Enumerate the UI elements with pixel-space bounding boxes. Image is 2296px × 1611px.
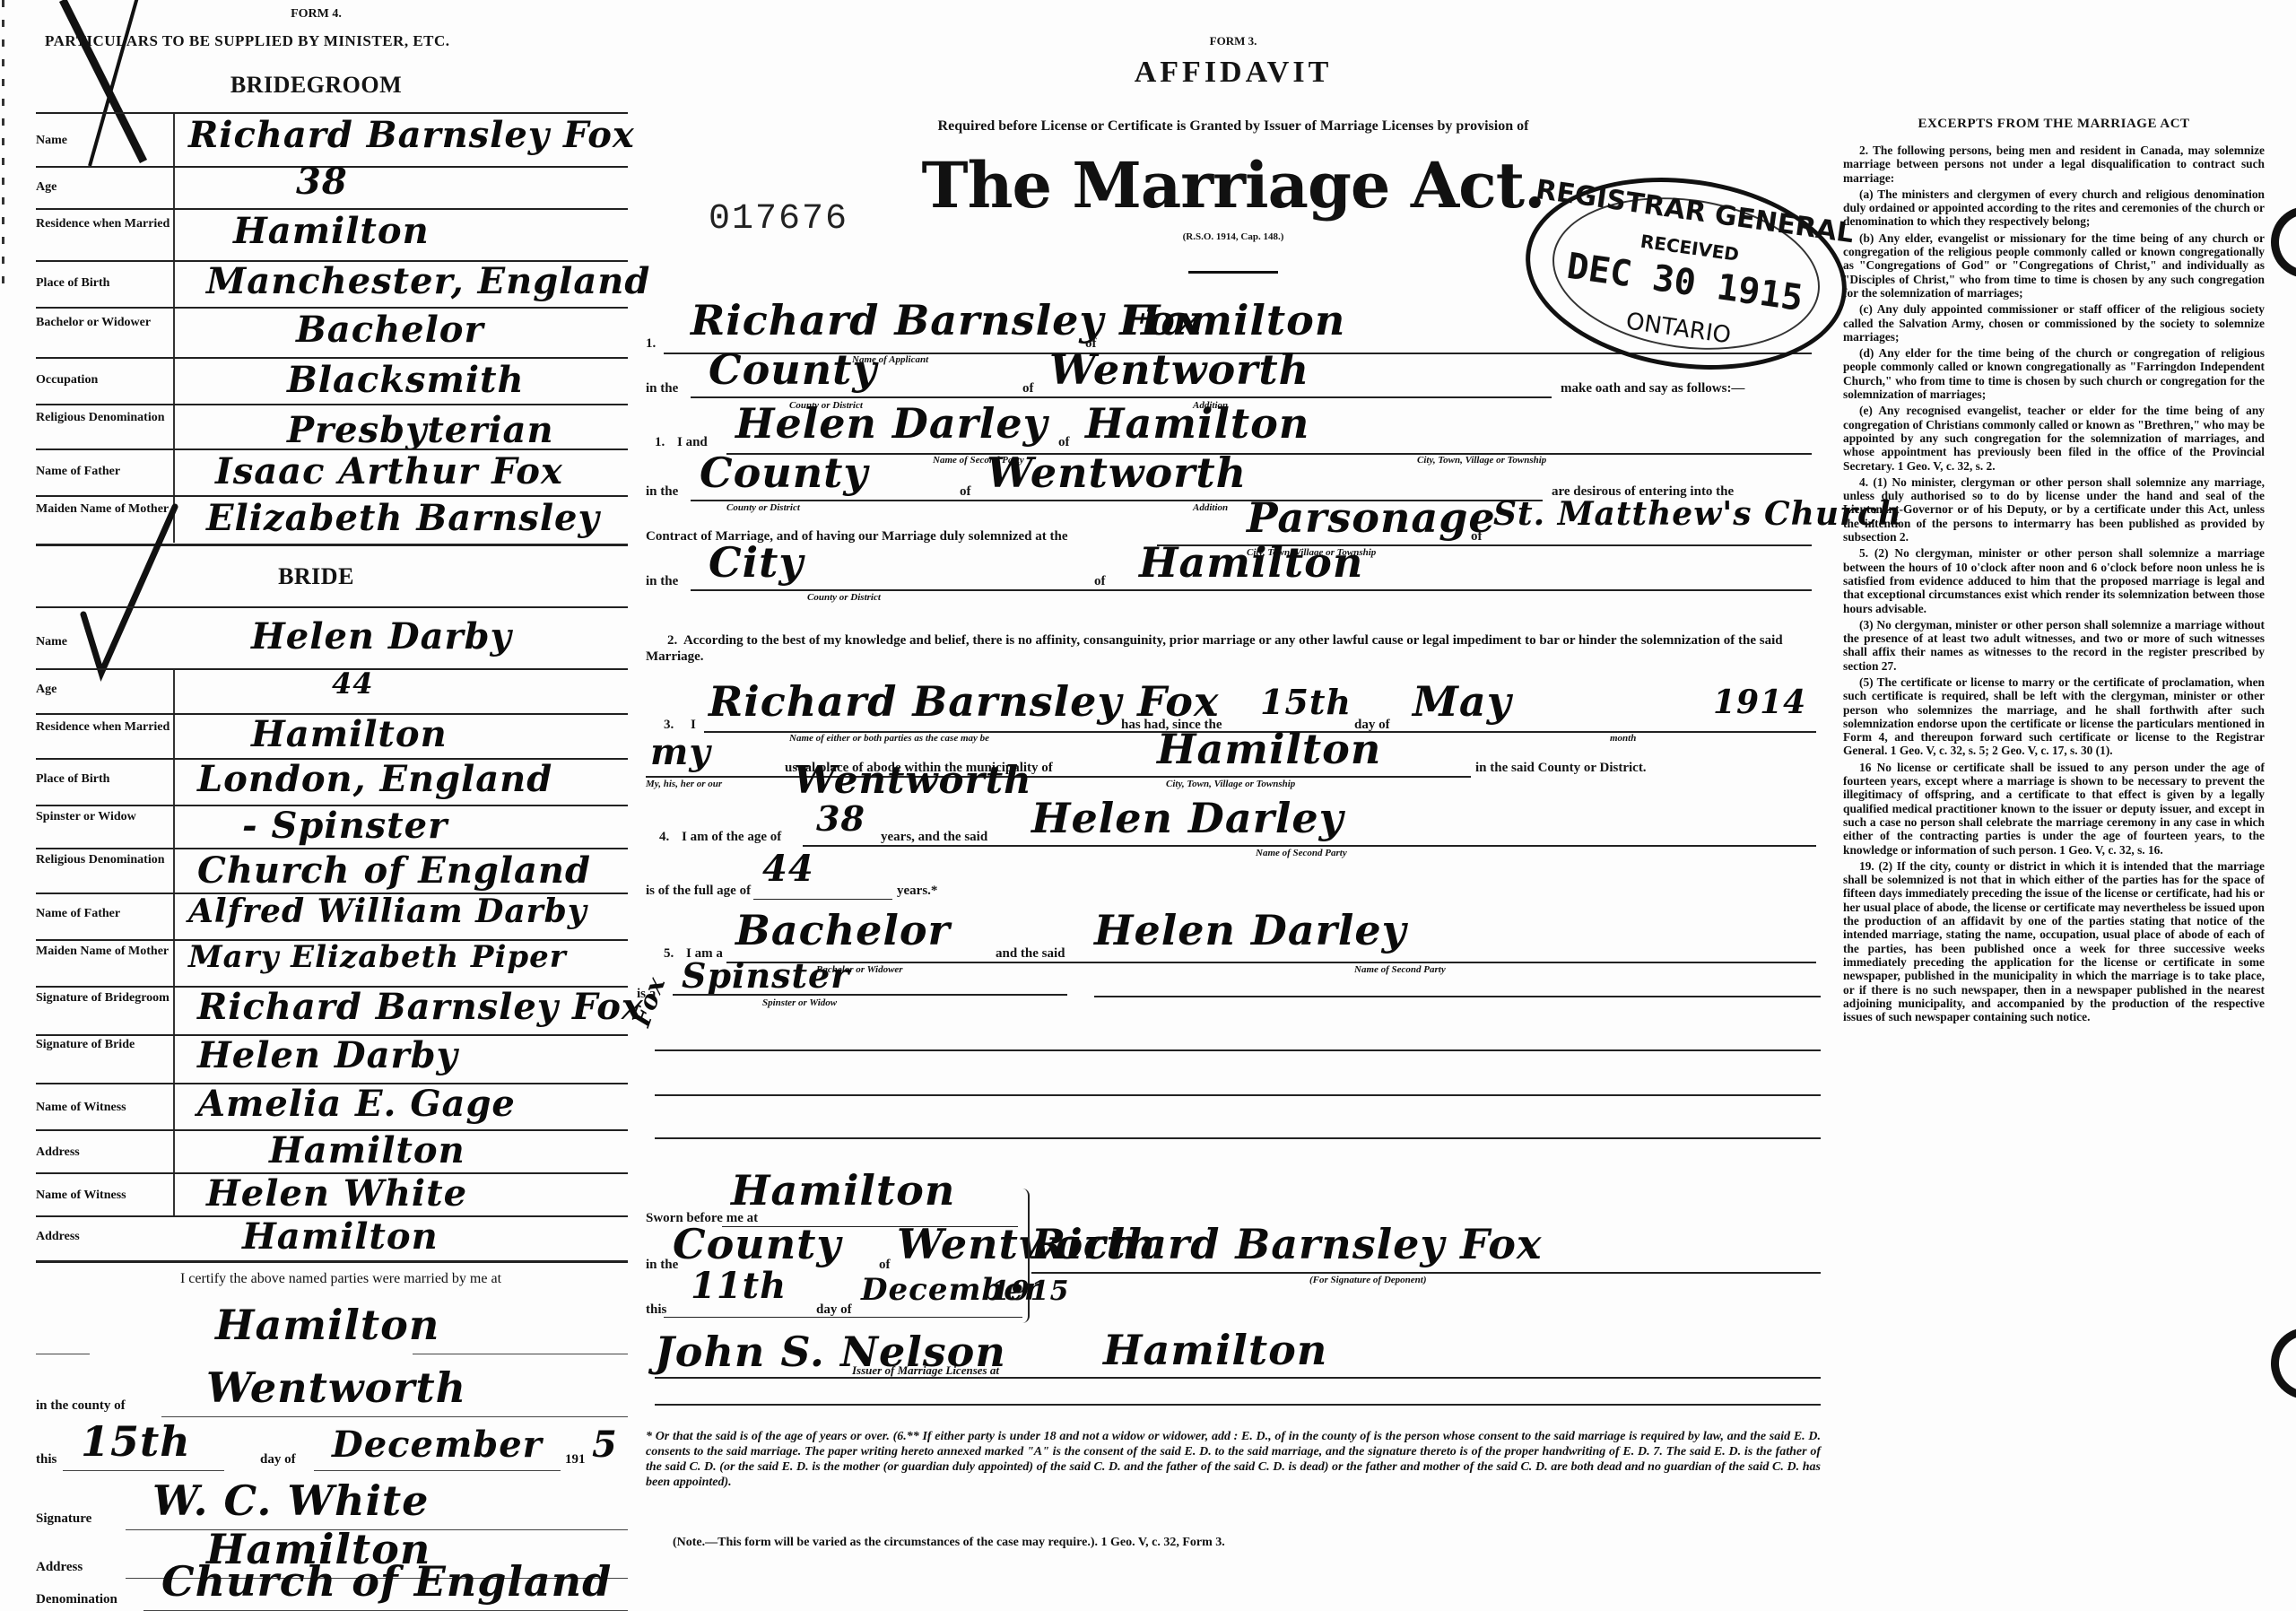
cert-place-row: Hamilton [36, 1292, 628, 1354]
field-label: Address [36, 1145, 170, 1160]
second-party-place: Hamilton [1085, 399, 1309, 448]
bride-religion-value: Church of England [197, 849, 591, 892]
bride-status-row: Spinster or Widow - Spinster [36, 805, 628, 848]
cert-county-value: Wentworth [206, 1363, 466, 1412]
field-label: Age [36, 683, 170, 697]
bride-signature-value: Helen Darby [197, 1034, 458, 1076]
groom-occupation-value: Blacksmith [287, 359, 525, 401]
issuer-place: Hamilton [1103, 1326, 1327, 1374]
field-label: Religious Denomination [36, 853, 170, 867]
field-label: Name of Father [36, 907, 170, 921]
field-label: Name [36, 134, 170, 148]
bride-heading: BRIDE [0, 563, 632, 590]
bride-birthplace-value: London, England [197, 758, 552, 800]
caption: Name of Second Party [1354, 964, 1446, 975]
field-label: Signature of Bridegroom [36, 991, 170, 1006]
caption: Spinster or Widow [762, 997, 837, 1008]
this-label: this [646, 1302, 666, 1318]
footnote: * Or that the said is of the age of year… [646, 1429, 1821, 1490]
para5-status2: Spinster [682, 955, 849, 996]
excerpts-body: 2. The following persons, being men and … [1843, 144, 2265, 1026]
caption: (For Signature of Deponent) [1309, 1275, 1427, 1285]
minister-denomination: Church of England [161, 1557, 612, 1606]
day-of-label: day of [816, 1302, 852, 1318]
field-label: Spinster or Widow [36, 810, 170, 824]
sworn-day: 11th [691, 1265, 787, 1307]
para3-year: 1914 [1713, 684, 1806, 721]
para3-month: May [1413, 677, 1511, 726]
of-label: of [879, 1258, 891, 1273]
witness1-name-row: Name of Witness Amelia E. Gage [36, 1083, 628, 1129]
witness1-address-value: Hamilton [269, 1129, 465, 1171]
excerpt-paragraph: (5) The certificate or license to marry … [1843, 675, 2265, 758]
cert-year-suffix: 5 [592, 1424, 618, 1466]
said-county-text: in the said County or District. [1475, 761, 1647, 776]
groom-status-value: Bachelor [296, 309, 484, 351]
groom-name-value: Richard Barnsley Fox [188, 114, 635, 156]
this-label: this [36, 1452, 57, 1467]
age-text: I am of the age of [682, 830, 781, 845]
field-label: Name of Father [36, 465, 170, 479]
applicant-place: Hamilton [1121, 296, 1345, 344]
bride-age-value: 44 [332, 666, 374, 701]
form-note: (Note.—This form will be varied as the c… [673, 1536, 1225, 1550]
years-text: years.* [897, 884, 937, 899]
bride-residence-row: Residence when Married Hamilton [36, 713, 628, 758]
of-label: of [1471, 529, 1483, 544]
field-label: Name [36, 635, 170, 649]
denomination-label: Denomination [36, 1592, 117, 1607]
year-prefix: 191 [565, 1452, 586, 1467]
form3-number: FORM 3. [637, 34, 1830, 48]
para3-municipality: Hamilton [1157, 725, 1381, 773]
groom-birthplace-value: Manchester, England [206, 260, 650, 302]
field-label: Bachelor or Widower [36, 316, 170, 330]
witness1-address-row: Address Hamilton [36, 1129, 628, 1172]
excerpts-marriage-act: EXCERPTS FROM THE MARRIAGE ACT 2. The fo… [1834, 0, 2274, 1611]
groom-birthplace-row: Place of Birth Manchester, England [36, 260, 628, 305]
day-of-label: day of [260, 1452, 296, 1467]
bride-religion-row: Religious Denomination Church of England [36, 848, 628, 893]
sworn-year: 1915 [991, 1276, 1070, 1307]
field-label: Address [36, 1230, 170, 1244]
deponent-signature: Richard Barnsley Fox [1031, 1220, 1542, 1268]
witness2-address-row: Address Hamilton [36, 1215, 628, 1257]
para-2-text: 2. According to the best of my knowledge… [646, 632, 1821, 665]
witness1-name-value: Amelia E. Gage [197, 1083, 516, 1125]
field-label: Signature of Bride [36, 1038, 170, 1052]
field-label: Residence when Married [36, 217, 170, 231]
caption: County or District [807, 592, 881, 603]
bride-mother-row: Maiden Name of Mother Mary Elizabeth Pip… [36, 939, 628, 986]
witness2-address-value: Hamilton [242, 1215, 439, 1258]
field-label: Name of Witness [36, 1101, 170, 1115]
field-label: Occupation [36, 373, 170, 388]
para3-county: Wentworth [794, 758, 1032, 802]
caption: Name of Second Party [1256, 848, 1347, 858]
oath-text: make oath and say as follows:— [1561, 381, 1744, 396]
groom-occupation-row: Occupation Blacksmith [36, 357, 628, 402]
of-label: of [960, 484, 971, 500]
form4-particulars: FORM 4. PARTICULARS TO BE SUPPLIED BY MI… [0, 0, 632, 1611]
form4-number: FORM 4. [0, 7, 632, 22]
excerpt-paragraph: (b) Any elder, evangelist or missionary … [1843, 231, 2265, 300]
in-the-label: in the [646, 574, 678, 589]
title-rule [1188, 271, 1278, 274]
para-number: 5. [664, 946, 674, 962]
excerpt-paragraph: 16 No license or certificate shall be is… [1843, 761, 2265, 857]
city-name-value: Hamilton [1139, 538, 1363, 587]
affidavit-title: AFFIDAVIT [637, 56, 1830, 90]
excerpt-paragraph: (3) No clergyman, minister or other pers… [1843, 618, 2265, 673]
bride-name-row: Name Helen Darby [36, 606, 628, 666]
of-label: of [1022, 381, 1034, 396]
excerpts-heading: EXCERPTS FROM THE MARRIAGE ACT [1834, 117, 2274, 132]
para-number: 1. [655, 435, 665, 450]
in-the-label: in the [646, 381, 678, 396]
affidavit-required-text: Required before License or Certificate i… [637, 118, 1830, 135]
field-label: Age [36, 180, 170, 195]
groom-signature-row: Signature of Bridegroom Richard Barnsley… [36, 986, 628, 1034]
sworn-county: County [673, 1220, 841, 1268]
field-label: Name of Witness [36, 1189, 170, 1203]
groom-mother-value: Elizabeth Barnsley [206, 497, 600, 539]
field-label: Residence when Married [36, 720, 170, 735]
groom-residence-row: Residence when Married Hamilton [36, 208, 628, 257]
city-value: City [709, 538, 804, 587]
bride-father-value: Alfred William Darby [188, 893, 587, 930]
bride-mother-value: Mary Elizabeth Piper [188, 939, 567, 975]
sworn-place: Hamilton [731, 1166, 955, 1215]
para3-day: 15th [1260, 682, 1352, 722]
cert-date-row: this 15th day of December 191 5 [36, 1408, 628, 1471]
caption: month [1610, 733, 1636, 744]
para5-second-party: Helen Darley [1094, 906, 1406, 954]
groom-father-value: Isaac Arthur Fox [215, 450, 563, 492]
excerpt-paragraph: 2. The following persons, being men and … [1843, 144, 2265, 185]
excerpt-paragraph: 5. (2) No clergyman, minister or other p… [1843, 546, 2265, 614]
serial-number: 017676 [709, 199, 848, 239]
cert-place-value: Hamilton [215, 1301, 439, 1349]
issuer-label: Issuer of Marriage Licenses at [852, 1363, 999, 1378]
para4-age: 38 [816, 798, 865, 839]
bride-signature-row: Signature of Bride Helen Darby [36, 1034, 628, 1083]
excerpt-paragraph: (d) Any elder for the time being of the … [1843, 346, 2265, 401]
form4-subtitle: PARTICULARS TO BE SUPPLIED BY MINISTER, … [45, 32, 450, 50]
groom-name-row: Name Richard Barnsley Fox [36, 112, 628, 164]
caption: My, his, her or our [646, 779, 722, 789]
caption: Name of either or both parties as the ca… [789, 733, 989, 744]
bride-name-value: Helen Darby [251, 615, 512, 657]
excerpt-paragraph: 4. (1) No minister, clergyman or other p… [1843, 475, 2265, 544]
caption: County or District [726, 502, 800, 513]
witness2-name-value: Helen White [206, 1172, 467, 1215]
bride-father-row: Name of Father Alfred William Darby [36, 893, 628, 939]
groom-age-value: 38 [296, 161, 348, 203]
para5-status: Bachelor [735, 906, 951, 954]
divider [36, 1260, 628, 1263]
excerpt-paragraph: 19. (2) If the city, county or district … [1843, 859, 2265, 1024]
bridegroom-heading: BRIDEGROOM [0, 72, 632, 99]
groom-age-row: Age 38 [36, 166, 628, 206]
groom-signature-value: Richard Barnsley Fox [197, 986, 644, 1028]
second-county: County [700, 448, 868, 497]
groom-religion-value: Presbyterian [287, 409, 554, 451]
cert-denomination-row: Denomination Church of England [36, 1548, 628, 1611]
full-age-text: is of the full age of [646, 884, 751, 899]
bride-birthplace-row: Place of Birth London, England [36, 758, 628, 805]
punch-hole-mark [2271, 1328, 2296, 1399]
addition-value: Wentworth [1049, 345, 1309, 394]
groom-religion-row: Religious Denomination Presbyterian [36, 404, 628, 448]
in-the-label: in the [646, 484, 678, 500]
certification-text: I certify the above named parties were m… [54, 1271, 628, 1287]
para4-second-party: Helen Darley [1031, 794, 1344, 842]
punch-hole-mark [2271, 206, 2296, 278]
caption: Addition [1193, 502, 1228, 513]
caption: City, Town, Village or Township [1166, 779, 1295, 789]
bride-residence-value: Hamilton [251, 713, 448, 755]
field-label: Place of Birth [36, 276, 170, 291]
of-label: of [1094, 574, 1106, 589]
groom-father-row: Name of Father Isaac Arthur Fox [36, 448, 628, 495]
years-said-text: years, and the said [881, 830, 987, 845]
venue-value: Parsonage [1247, 493, 1496, 542]
bride-age-row: Age 44 [36, 668, 628, 713]
field-label: Place of Birth [36, 772, 170, 787]
and-said-text: and the said [996, 946, 1065, 962]
excerpt-paragraph: (c) Any duly appointed commissioner or s… [1843, 302, 2265, 344]
cert-month-value: December [332, 1424, 543, 1466]
para-number: 1. [646, 336, 656, 352]
cert-day-value: 15th [81, 1417, 191, 1466]
para4-second-age: 44 [762, 848, 814, 890]
second-party-name: Helen Darley [735, 399, 1048, 448]
witness2-name-row: Name of Witness Helen White [36, 1172, 628, 1215]
caption: City, Town, Village or Township [1417, 455, 1546, 466]
groom-residence-value: Hamilton [233, 210, 430, 252]
para-number: 4. [659, 830, 669, 845]
field-label: Religious Denomination [36, 411, 170, 425]
para3-my: my [650, 731, 711, 773]
groom-status-row: Bachelor or Widower Bachelor [36, 307, 628, 356]
second-addition: Wentworth [987, 448, 1247, 497]
bride-status-value: - Spinster [242, 805, 448, 847]
excerpt-paragraph: (a) The ministers and clergymen of every… [1843, 187, 2265, 229]
county-district-value: County [709, 345, 877, 394]
field-label: Maiden Name of Mother [36, 945, 170, 959]
excerpt-paragraph: (e) Any recognised evangelist, teacher o… [1843, 404, 2265, 472]
